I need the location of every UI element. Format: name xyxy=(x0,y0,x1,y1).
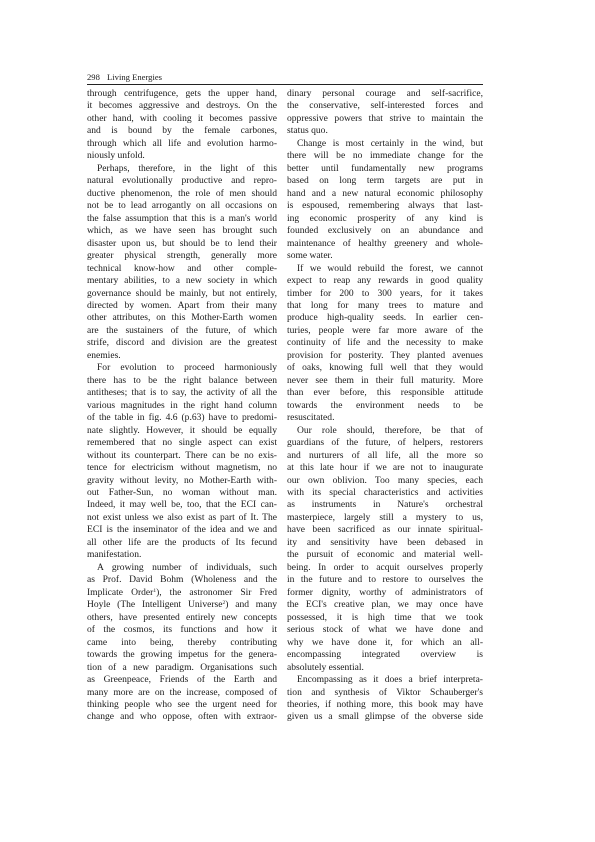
text-line: directed by women. Apart from their many xyxy=(87,300,277,312)
text-line: the pursuit of economic and material wel… xyxy=(287,549,483,561)
text-line: Implicate Order1), the astronomer Sir Fr… xyxy=(87,587,277,599)
text-line: enemies. xyxy=(87,350,277,362)
text-line: For evolution to proceed harmoniously xyxy=(87,362,277,374)
text-line: as Greenpeace, Friends of the Earth and xyxy=(87,674,277,686)
text-line: and nurturers of all life, all the more … xyxy=(287,450,483,462)
text-line: towards the environment needs to be xyxy=(287,400,483,412)
left-text-column: through centrifugence, gets the upper ha… xyxy=(87,88,277,724)
text-line: some water. xyxy=(287,250,483,262)
text-line: resuscitated. xyxy=(287,412,483,424)
text-line: Change is most certainly in the wind, bu… xyxy=(287,138,483,150)
text-line: as instruments in Nature's orchestral xyxy=(287,499,483,511)
text-line: which, as we have seen has brought such xyxy=(87,225,277,237)
text-line: better until fundamentally new programs xyxy=(287,163,483,175)
text-line: ing economic prosperity of any kind is xyxy=(287,213,483,225)
text-line: remembered that no single aspect can exi… xyxy=(87,437,277,449)
text-line: niously unfold. xyxy=(87,150,277,162)
text-line: towards the growing impetus for the gene… xyxy=(87,649,277,661)
text-line: tence for electricism without magnetism,… xyxy=(87,462,277,474)
text-line: various magnitudes in the right hand col… xyxy=(87,400,277,412)
text-line: theories, if nothing more, this book may… xyxy=(287,699,483,711)
text-line: through which all life and evolution har… xyxy=(87,138,277,150)
text-line: provision for posterity. They planted av… xyxy=(287,350,483,362)
text-line: governance should be mainly, but not ent… xyxy=(87,288,277,300)
text-line: expect to reap any rewards in good quali… xyxy=(287,275,483,287)
text-line: through centrifugence, gets the upper ha… xyxy=(87,88,277,100)
text-line: it becomes aggressive and destroys. On t… xyxy=(87,100,277,112)
text-line: Perhaps, therefore, in the light of this xyxy=(87,163,277,175)
text-line: the false assumption that this is a man'… xyxy=(87,213,277,225)
text-line: timber for 200 to 300 years, for it take… xyxy=(287,288,483,300)
text-line: disaster upon us, but should be to lend … xyxy=(87,238,277,250)
text-line: other hand, with cooling it becomes pass… xyxy=(87,113,277,125)
text-line: in the future and to restore to ourselve… xyxy=(287,574,483,586)
text-line: ductive phenomenon, the role of men shou… xyxy=(87,188,277,200)
text-line: turies, people were far more aware of th… xyxy=(287,325,483,337)
text-line: given us a small glimpse of the obverse … xyxy=(287,711,483,723)
text-fragment: ), the astronomer Sir Fred xyxy=(156,587,277,598)
text-line: without its counterpart. There can be no… xyxy=(87,450,277,462)
text-line: other attributes, on this Mother-Earth w… xyxy=(87,312,277,324)
text-line: are the sustainers of the future, of whi… xyxy=(87,325,277,337)
text-line: Hoyle (The Intelligent Universe2) and ma… xyxy=(87,599,277,611)
text-line: thinking people who see the urgent need … xyxy=(87,699,277,711)
text-line: encompassing integrated overview is xyxy=(287,649,483,661)
text-line: why we have done it, for which an all- xyxy=(287,637,483,649)
text-fragment: Hoyle (The Intelligent Universe xyxy=(87,599,222,610)
text-line: dinary personal courage and self-sacrifi… xyxy=(287,88,483,100)
text-line: Our role should, therefore, be that of xyxy=(287,425,483,437)
text-line: out Father-Sun, no woman without man. xyxy=(87,487,277,499)
text-line: that long for many trees to mature and xyxy=(287,300,483,312)
text-line: change and who oppose, often with extrao… xyxy=(87,711,277,723)
text-line: antitheses; that is to say, the activity… xyxy=(87,387,277,399)
text-fragment: Implicate Order xyxy=(87,587,153,598)
text-line: of the cosmos, its functions and how it xyxy=(87,624,277,636)
text-line: founded exclusively on an abundance and xyxy=(287,225,483,237)
text-line: our own oblivion. Too many species, each xyxy=(287,475,483,487)
text-line: came into being, thereby contributing xyxy=(87,637,277,649)
page-number: 298 xyxy=(87,72,100,83)
text-line: than ever before, this responsible attit… xyxy=(287,387,483,399)
text-line: gravity without levity, no Mother-Earth … xyxy=(87,475,277,487)
text-line: have been sacrificed as our innate spiri… xyxy=(287,524,483,536)
text-line: the ECI's creative plan, we may once hav… xyxy=(287,599,483,611)
text-line: not be to lead arrogantly on all occasio… xyxy=(87,200,277,212)
text-line: masterpiece, largely still a mystery to … xyxy=(287,512,483,524)
text-line: ECI is the inseminator of the idea and w… xyxy=(87,524,277,536)
text-line: all other life are the products of Its f… xyxy=(87,537,277,549)
text-line: oppressive powers that strive to maintai… xyxy=(287,113,483,125)
text-line: maintenance of healthy greenery and whol… xyxy=(287,238,483,250)
text-line: natural evolutionally productive and rep… xyxy=(87,175,277,187)
text-line: mentary abilities, to a new society in w… xyxy=(87,275,277,287)
text-line: and is bound by the female carbones, xyxy=(87,125,277,137)
text-line: there will be no immediate change for th… xyxy=(287,150,483,162)
text-line: If we would rebuild the forest, we canno… xyxy=(287,263,483,275)
text-line: of the table in fig. 4.6 (p.63) have to … xyxy=(87,412,277,424)
text-line: Indeed, it may well be, too, that the EC… xyxy=(87,499,277,511)
text-line: others, have presented entirely new conc… xyxy=(87,612,277,624)
text-line: tion and synthesis of Viktor Schauberger… xyxy=(287,687,483,699)
text-line: former dignity, worthy of administrators… xyxy=(287,587,483,599)
text-line: tion of a new paradigm. Organisations su… xyxy=(87,662,277,674)
text-line: manifestation. xyxy=(87,549,277,561)
text-line: ity and sensitivity have been debased in xyxy=(287,537,483,549)
text-line: Encompassing as it does a brief interpre… xyxy=(287,674,483,686)
text-line: as Prof. David Bohm (Wholeness and the xyxy=(87,574,277,586)
text-line: at this late hour if we are not to inaug… xyxy=(287,462,483,474)
running-title: Living Energies xyxy=(107,72,162,83)
text-line: A growing number of individuals, such xyxy=(87,562,277,574)
text-line: produce high-quality seeds. In earlier c… xyxy=(287,312,483,324)
text-line: there has to be the right balance betwee… xyxy=(87,375,277,387)
running-header: 298 Living Energies xyxy=(87,72,483,85)
text-line: technical know-how and other comple- xyxy=(87,263,277,275)
text-fragment: ) and many xyxy=(225,599,277,610)
text-line: continuity of life and the necessity to … xyxy=(287,337,483,349)
text-line: with its special characteristics and act… xyxy=(287,487,483,499)
text-line: the conservative, self-interested forces… xyxy=(287,100,483,112)
text-line: absolutely essential. xyxy=(287,662,483,674)
text-line: guardians of the future, of helpers, res… xyxy=(287,437,483,449)
text-line: hand and a new natural economic philosop… xyxy=(287,188,483,200)
text-line: status quo. xyxy=(287,125,483,137)
text-line: nate slightly. However, it should be equ… xyxy=(87,425,277,437)
text-line: not exist unless we also exist as part o… xyxy=(87,512,277,524)
text-line: possessed, it is high time that we took xyxy=(287,612,483,624)
text-line: based on long term targets are put in xyxy=(287,175,483,187)
text-line: greater physical strength, generally mor… xyxy=(87,250,277,262)
text-line: never see them in their full maturity. M… xyxy=(287,375,483,387)
text-line: many more are on the increase, composed … xyxy=(87,687,277,699)
right-text-column: dinary personal courage and self-sacrifi… xyxy=(287,88,483,724)
text-line: serious stock of what we have done and xyxy=(287,624,483,636)
text-line: is espoused, remembering always that las… xyxy=(287,200,483,212)
text-line: of oaks, knowing full well that they wou… xyxy=(287,362,483,374)
text-line: strife, discord and division are the gre… xyxy=(87,337,277,349)
text-line: being. In order to acquit ourselves prop… xyxy=(287,562,483,574)
